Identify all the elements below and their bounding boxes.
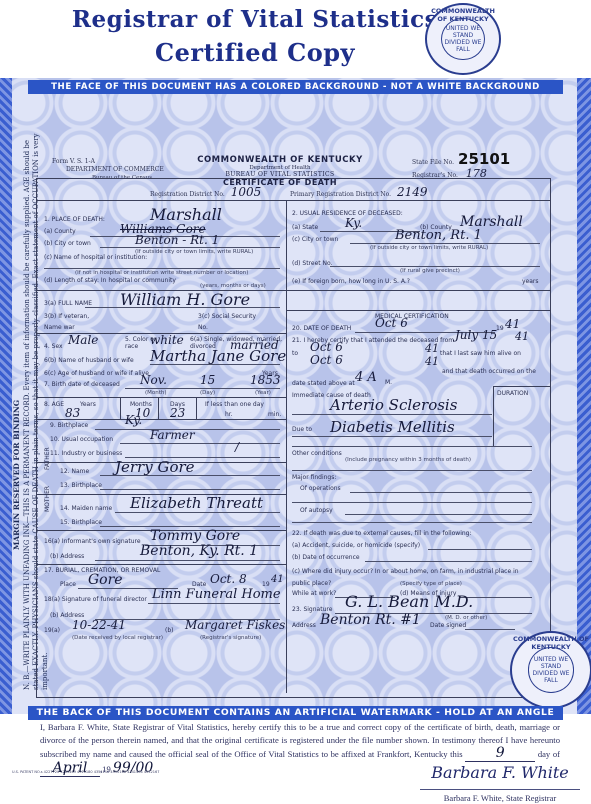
stay-label: (d) Length of stay: In hospital or commu… (44, 277, 176, 284)
attended-from: July 15 (455, 328, 497, 342)
place-city-value: Benton - Rt. 1 (135, 233, 219, 247)
res-street-line (330, 266, 540, 267)
blank-line (292, 502, 532, 503)
physician-signature: G. L. Bean M.D. (345, 592, 473, 611)
kentucky-seal-bottom-icon: COMMONWEALTH OF KENTUCKY UNITED WE STAND… (510, 631, 591, 709)
row-divider (36, 397, 286, 398)
day-of-label: day of (538, 749, 560, 759)
row-divider (36, 564, 286, 565)
date-death-label: 20. DATE OF DEATH (292, 325, 351, 332)
operations-line (350, 492, 532, 493)
sex-label: 4. Sex (44, 343, 63, 350)
county-label: (a) County (44, 228, 76, 235)
res-city-line (350, 243, 540, 244)
signature-line (420, 789, 580, 790)
place-of-death-label: 1. PLACE OF DEATH: (44, 216, 105, 223)
hospital-hint: (If not in hospital or institution write… (75, 270, 248, 276)
security-band-top: THE FACE OF THIS DOCUMENT HAS A COLORED … (28, 80, 563, 94)
full-name-value: William H. Gore (120, 290, 250, 309)
veteran-label: 3(b) If veteran, (44, 313, 89, 320)
birth-month: Nov. (140, 373, 167, 387)
res-city-value: Benton, Rt. 1 (395, 228, 482, 243)
father-group-label: FATHER (44, 447, 51, 470)
other-conditions-label: Other conditions (292, 450, 342, 457)
res-foreign-suffix: years (522, 278, 539, 285)
kentucky-seal-icon: COMMONWEALTH OF KENTUCKY UNITED WE STAND… (425, 3, 501, 75)
attended-to-year: 41 (425, 342, 439, 355)
blank-line (292, 522, 532, 523)
cert-day: 9 (496, 745, 505, 761)
attended-from-year: 41 (515, 330, 529, 343)
father-name-value: Jerry Gore (115, 458, 195, 476)
mother-name-label: 14. Maiden name (60, 505, 112, 512)
page-subtitle: Certified Copy (40, 38, 470, 67)
row-divider (36, 200, 551, 201)
physician-address: Benton Rt. #1 (320, 612, 421, 628)
industry-label: 11. Industry or business (50, 450, 122, 457)
res-state-value: Ky. (345, 216, 362, 230)
father-name-label: 12. Name (60, 468, 89, 475)
duration-label: DURATION (497, 390, 528, 397)
burial-place-label: Place (60, 581, 76, 588)
occupation-line (120, 443, 280, 444)
immediate-line (292, 414, 492, 415)
occupation-label: 10. Usual occupation (50, 436, 113, 443)
birth-year: 1853 (250, 373, 281, 387)
year-hint: (Year) (255, 390, 271, 396)
row-divider (36, 290, 551, 291)
form-number: Form V. S. 1-A (52, 158, 164, 166)
mother-name-value: Elizabeth Threatt (130, 494, 263, 512)
cell-divider (158, 397, 159, 419)
industry-value: / (235, 440, 239, 454)
immediate-cause: Arterio Sclerosis (330, 396, 457, 414)
seal-ring-text: COMMONWEALTH OF KENTUCKY (427, 7, 499, 23)
ssn-no-label: No. (198, 324, 208, 331)
border-right (577, 78, 591, 714)
time-suffix: M. (385, 379, 392, 386)
registrar-handwritten-signature: Barbara F. White (420, 763, 580, 785)
occurrence-label: (b) Date of occurrence (292, 554, 360, 561)
accident-label: (a) Accident, suicide, or homicide (spec… (292, 542, 420, 549)
mother-birthplace-label: 15. Birthplace (60, 519, 102, 526)
due-to-label: Due to (292, 426, 312, 433)
border-left (0, 78, 12, 714)
registrar-sig-label: (b) (165, 627, 174, 634)
death-year: 41 (505, 317, 520, 331)
informant-sig-label: 16(a) Informant's own signature (44, 538, 141, 545)
age-label: 8. AGE (44, 401, 64, 408)
autopsy-line (345, 514, 532, 515)
years-label: Years (80, 401, 96, 408)
received-label: 19(a) (44, 627, 60, 634)
mother-birthplace-line (100, 526, 280, 527)
other-line (292, 470, 532, 471)
res-street-hint: (If rural give precinct) (400, 268, 460, 274)
director-label: 18(a) Signature of funeral director (44, 596, 147, 603)
ssn-label: 3(c) Social Security (198, 313, 256, 320)
father-birthplace-label: 13. Birthplace (60, 482, 102, 489)
due-to-line (292, 436, 492, 437)
row-divider (286, 310, 551, 311)
last-seen-date: Oct 6 (310, 353, 343, 367)
blank-line (292, 446, 532, 447)
received-hint: (Date received by local registrar) (72, 635, 163, 641)
occupation-value: Farmer (150, 428, 195, 442)
informant-address: Benton, Ky. Rt. 1 (140, 543, 258, 559)
other-conditions-hint: (Include pregnancy within 3 months of de… (345, 457, 471, 463)
dept-commerce: DEPARTMENT OF COMMERCE (66, 166, 164, 174)
age-years: 83 (65, 406, 80, 420)
informant-address-line (95, 560, 280, 561)
hospital-label: (c) Name of hospital or institution: (44, 254, 147, 261)
res-street-label: (d) Street No. (292, 260, 333, 267)
res-city-label: (c) City or town (292, 236, 338, 243)
city-hint: (If outside city or town limits, write R… (135, 249, 253, 255)
registrar-sig-hint: (Registrar's signature) (200, 635, 261, 641)
date-signed-label: Date signed (430, 622, 466, 629)
cell-divider (196, 397, 197, 419)
mother-name-line (115, 512, 280, 513)
due-to-cause: Diabetis Mellitis (330, 418, 455, 436)
stay-hint: (years, months or days) (200, 283, 266, 289)
operations-label: Of operations (300, 485, 341, 492)
page-title: Registrar of Vital Statistics (40, 6, 470, 33)
time-of-death: 4 A (355, 370, 377, 385)
state-file-number: State File No. 25101 (412, 150, 510, 168)
city-label: (b) City or town (44, 240, 91, 247)
birthplace-label: 9. Birthplace (50, 422, 88, 429)
name-war-label: Name war (44, 324, 75, 331)
date-received: 10-22-41 (72, 618, 126, 632)
physician-signature-hint: (M. D. or other) (445, 615, 487, 621)
duration-divider (493, 386, 494, 446)
informant-signature: Tommy Gore (150, 528, 240, 544)
hospital-line (44, 268, 280, 269)
informant-address-label: (b) Address (50, 553, 84, 560)
date-signed-line (465, 629, 515, 630)
registrar-name-title: Barbara F. White, State Registrar (420, 793, 580, 803)
burial-year: 41 (271, 574, 284, 585)
day-hint: (Day) (200, 390, 215, 396)
commonwealth-heading: COMMONWEALTH OF KENTUCKY (190, 155, 370, 165)
margin-note: MARGIN RESERVED FOR BINDING (12, 400, 21, 550)
spouse-value: Martha Jane Gore (150, 347, 286, 365)
physician-address-label: Address (292, 622, 316, 629)
spouse-label: 6(b) Name of husband or wife (44, 357, 134, 364)
registrar-signature: Margaret Fiskes (185, 618, 285, 632)
registrar-signature-block: Barbara F. White Barbara F. White, State… (420, 763, 580, 803)
attended-to: Oct 6 (310, 340, 343, 354)
accident-line (428, 549, 532, 550)
row-divider (36, 419, 286, 420)
res-state-label: (a) State (292, 224, 318, 231)
cell-divider (120, 397, 121, 419)
date-of-death: Oct 6 (375, 316, 408, 330)
injury-place-hint: (Specify type of place) (400, 581, 462, 587)
city-line (100, 247, 280, 248)
birthplace-value: Ky. (125, 413, 142, 427)
res-foreign-label: (e) If foreign born, how long in U. S. A… (292, 278, 410, 285)
patent-numbers: U.S. PATENT NO.s 4227720 4265469 4310180… (12, 770, 159, 775)
occurrence-line (365, 561, 532, 562)
last-seen-label: that I last saw him alive on (440, 350, 521, 357)
funeral-director: Linn Funeral Home (152, 587, 281, 602)
seal-ring-text: COMMONWEALTH OF KENTUCKY (512, 635, 590, 651)
major-findings-label: Major findings: (292, 474, 336, 481)
month-hint: (Month) (145, 390, 167, 396)
age-days: 23 (170, 406, 185, 420)
seal-inner-text: UNITED WE STAND DIVIDED WE FALL (528, 647, 575, 693)
at-work-label: While at work? (292, 590, 336, 597)
hr-label: hr. (225, 411, 233, 418)
birth-label: 7. Birth date of deceased (44, 381, 120, 388)
burial-place: Gore (88, 572, 123, 588)
bureau-vital: BUREAU OF VITAL STATISTICS (190, 171, 370, 178)
director-line (148, 603, 280, 604)
spouse-age-label: 6(c) Age of husband or wife if alive (44, 370, 149, 377)
min-label: min. (268, 411, 281, 418)
security-band-bottom: THE BACK OF THIS DOCUMENT CONTAINS AN AR… (28, 706, 563, 720)
burial-date: Oct. 8 (210, 572, 247, 586)
full-name-label: 3(a) FULL NAME (44, 300, 92, 307)
father-birthplace-line (100, 489, 280, 490)
birth-line (125, 388, 280, 389)
autopsy-label: Of autopsy (300, 507, 333, 514)
duration-top (493, 386, 551, 387)
column-divider (286, 200, 287, 693)
color-value: white (150, 333, 184, 347)
birth-day: 15 (200, 373, 215, 387)
sex-value: Male (68, 333, 98, 347)
seal-inner-text: UNITED WE STAND DIVIDED WE FALL (441, 18, 484, 60)
to-label: to (292, 350, 298, 357)
external-causes-label: 22. If death was due to external causes,… (292, 530, 472, 537)
mother-group-label: MOTHER (44, 486, 51, 512)
less-day-label: If less than one day (205, 401, 264, 408)
res-city-hint: (If outside city or town limits, write R… (370, 245, 488, 251)
